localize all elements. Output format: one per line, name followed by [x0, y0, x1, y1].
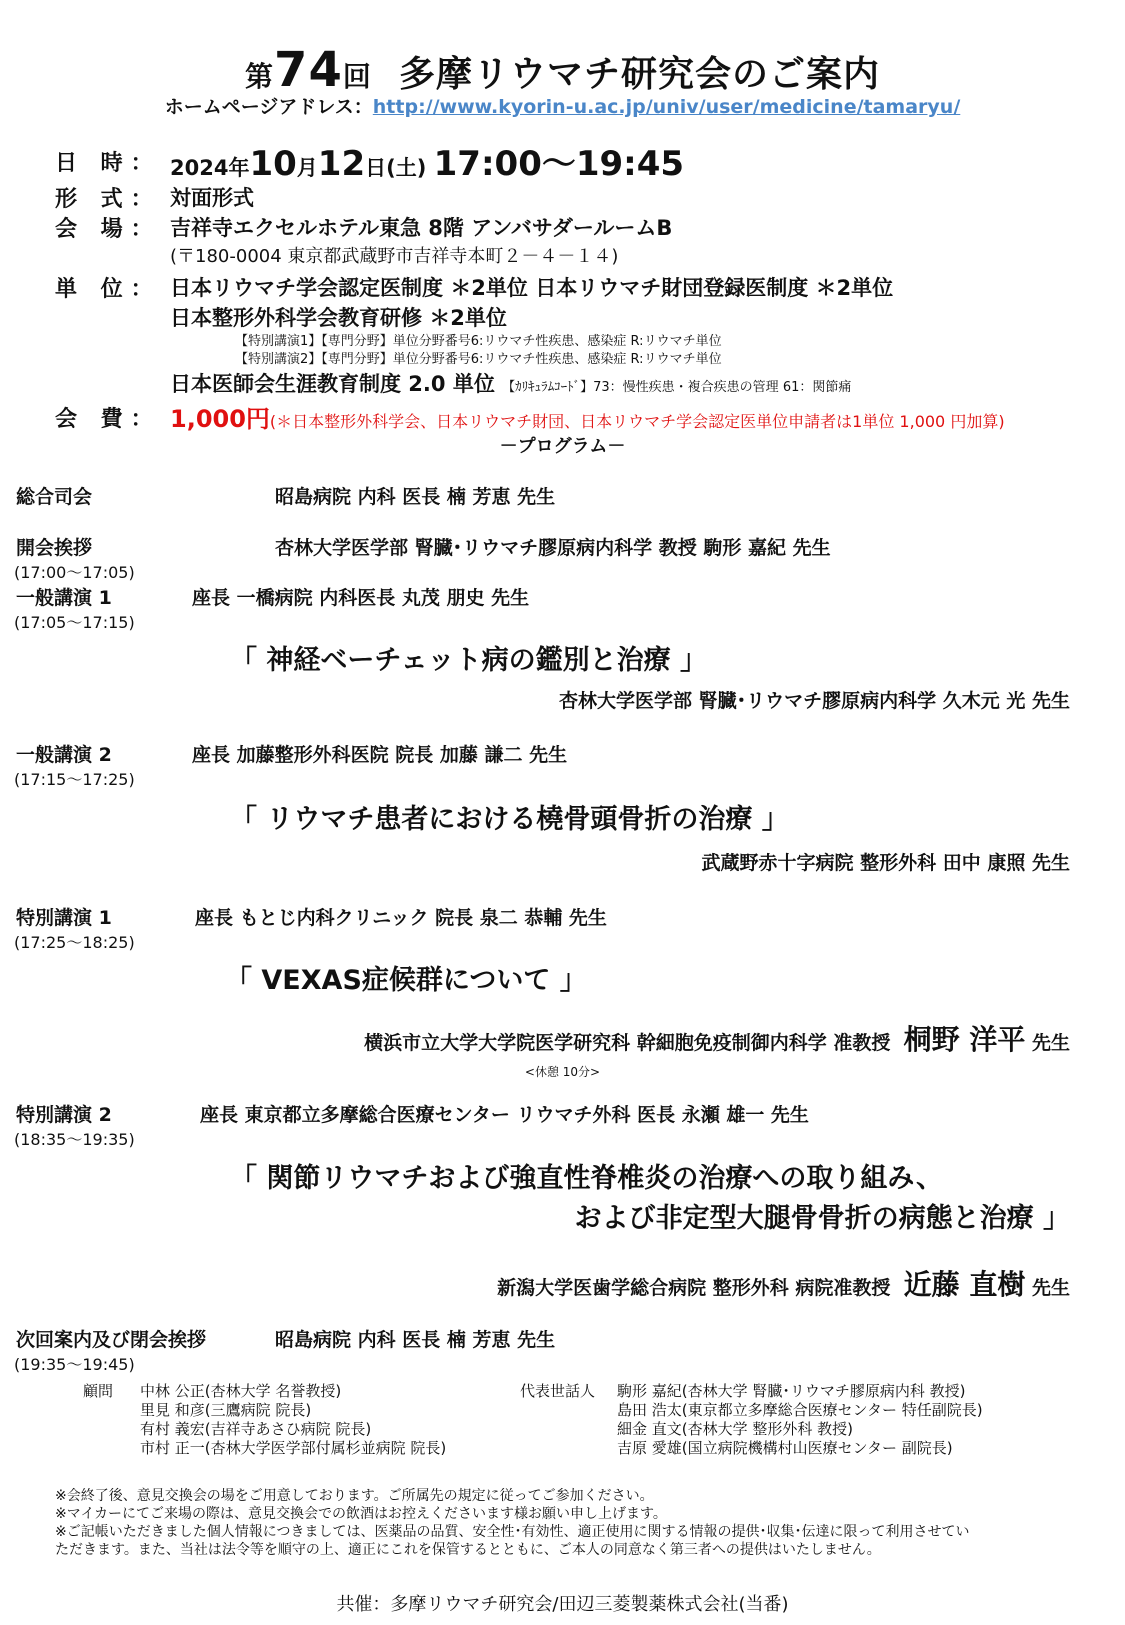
opening-label: 開会挨拶: [16, 533, 92, 560]
representative-item: 駒形 嘉紀(杏林大学 腎臓･リウマチ膠原病内科 教授): [617, 1382, 983, 1401]
date-day: 12: [318, 144, 365, 184]
date-month: 10: [249, 144, 296, 184]
format-label: 形 式：: [55, 182, 161, 213]
advisor-item: 里見 和彦(三鷹病院 院長): [140, 1401, 446, 1420]
fee-amount: 1,000円: [170, 405, 270, 433]
advisor-item: 市村 正一(杏林大学医学部付属杉並病院 院長): [140, 1439, 446, 1458]
break-notice: <休憩 10分>: [0, 1063, 1125, 1080]
fee-value: 1,000円(＊日本整形外科学会、日本リウマチ財団、日本リウマチ学会認定医単位申…: [170, 399, 1005, 434]
special1-honorific: 先生: [1032, 1032, 1070, 1054]
special2-speaker-name: 近藤 直樹: [904, 1268, 1026, 1301]
special1-title: 「 VEXAS症候群について 」: [225, 958, 587, 997]
fee-note: (＊日本整形外科学会、日本リウマチ財団、日本リウマチ学会認定医単位申請者は1単位…: [270, 412, 1005, 431]
special2-title-line-2: および非定型大腿骨骨折の病態と治療 」: [575, 1196, 1070, 1235]
representatives-label: 代表世話人: [520, 1382, 595, 1401]
general2-speaker: 武蔵野赤十字病院 整形外科 田中 康照 先生: [702, 848, 1070, 875]
datetime-value: 2024年10月12日(土) 17:00～19:45: [170, 136, 684, 185]
event-time: 17:00～19:45: [434, 144, 684, 184]
special1-time: (17:25～18:25): [14, 930, 135, 953]
general1-chair: 座長 一橋病院 内科医長 丸茂 朋史 先生: [192, 583, 529, 610]
program-heading: －プログラム－: [0, 432, 1125, 458]
special2-label: 特別講演 2: [16, 1100, 112, 1127]
representatives-list: 駒形 嘉紀(杏林大学 腎臓･リウマチ膠原病内科 教授) 島田 浩太(東京都立多摩…: [617, 1382, 983, 1458]
title-prefix: 第: [245, 60, 274, 93]
units-line-1: 日本リウマチ学会認定医制度 ＊2単位 日本リウマチ財団登録医制度 ＊2単位: [170, 272, 893, 302]
closing-label: 次回案内及び閉会挨拶: [16, 1325, 206, 1352]
special2-time: (18:35～19:35): [14, 1127, 135, 1150]
date-month-unit: 月: [297, 156, 318, 180]
representative-item: 吉原 愛雄(国立病院機構村山医療センター 副院長): [617, 1439, 983, 1458]
homepage-link[interactable]: http://www.kyorin-u.ac.jp/univ/user/medi…: [373, 96, 961, 118]
fee-label: 会 費：: [55, 402, 161, 433]
advisor-item: 中林 公正(杏林大学 名誉教授): [140, 1382, 446, 1401]
opening-person: 杏林大学医学部 腎臓･リウマチ膠原病内科学 教授 駒形 嘉紀 先生: [275, 533, 831, 560]
general1-speaker: 杏林大学医学部 腎臓･リウマチ膠原病内科学 久木元 光 先生: [559, 686, 1070, 713]
general1-title: 「 神経ベーチェット病の鑑別と治療 」: [230, 638, 707, 677]
general1-time: (17:05～17:15): [14, 610, 135, 633]
special1-chair: 座長 もとじ内科クリニック 院長 泉二 恭輔 先生: [195, 903, 607, 930]
special2-honorific: 先生: [1032, 1277, 1070, 1299]
venue-address: (〒180-0004 東京都武蔵野市吉祥寺本町２－４－１４): [170, 242, 618, 268]
special1-label: 特別講演 1: [16, 903, 112, 930]
general1-label: 一般講演 1: [16, 583, 112, 610]
title-suffix: 回: [343, 60, 372, 93]
note-item: ※ご記帳いただきました個人情報につきましては、医薬品の品質、安全性･有効性、適正…: [55, 1523, 969, 1541]
date-year: 2024年: [170, 156, 249, 180]
units-note-2: 【特別講演2】【専門分野】単位分野番号6:リウマチ性疾患、感染症 R:リウマチ単…: [235, 348, 722, 367]
moderator-label: 総合司会: [16, 482, 92, 509]
units-line-3: 日本医師会生涯教育制度 2.0 単位 【ｶﾘｷｭﾗﾑｺｰﾄﾞ】73：慢性疾患・複…: [170, 368, 851, 398]
units-line-2: 日本整形外科学会教育研修 ＊2単位: [170, 302, 507, 332]
note-item: ただきます。また、当社は法令等を順守の上、適正にこれを保管するとともに、ご本人の…: [55, 1541, 969, 1559]
advisors-list: 中林 公正(杏林大学 名誉教授) 里見 和彦(三鷹病院 院長) 有村 義宏(吉祥…: [140, 1382, 446, 1458]
jma-units: 日本医師会生涯教育制度 2.0 単位: [170, 372, 495, 396]
opening-time: (17:00～17:05): [14, 560, 135, 583]
general2-chair: 座長 加藤整形外科医院 院長 加藤 謙二 先生: [192, 740, 567, 767]
representative-item: 細金 直文(杏林大学 整形外科 教授): [617, 1420, 983, 1439]
general2-label: 一般講演 2: [16, 740, 112, 767]
representative-item: 島田 浩太(東京都立多摩総合医療センター 特任副院長): [617, 1401, 983, 1420]
homepage-line: ホームページアドレス：http://www.kyorin-u.ac.jp/uni…: [0, 92, 1125, 119]
date-day-unit: 日(土): [365, 156, 426, 180]
units-label: 単 位：: [55, 272, 161, 303]
special1-affiliation: 横浜市立大学大学院医学研究科 幹細胞免疫制御内科学 准教授: [364, 1032, 890, 1054]
units-note-1: 【特別講演1】【専門分野】単位分野番号6:リウマチ性疾患、感染症 R:リウマチ単…: [235, 330, 722, 349]
notes: ※会終了後、意見交換会の場をご用意しております。ご所属先の規定に従ってご参加くだ…: [55, 1487, 969, 1559]
curriculum-code: 【ｶﾘｷｭﾗﾑｺｰﾄﾞ】73：慢性疾患・複合疾患の管理 61：関節痛: [502, 380, 851, 395]
format-value: 対面形式: [170, 182, 254, 212]
general2-title: 「 リウマチ患者における橈骨頭骨折の治療 」: [230, 797, 789, 836]
cohost: 共催：多摩リウマチ研究会/田辺三菱製薬株式会社(当番): [0, 1590, 1125, 1616]
advisor-item: 有村 義宏(吉祥寺あさひ病院 院長): [140, 1420, 446, 1439]
moderator-person: 昭島病院 内科 医長 楠 芳恵 先生: [275, 482, 555, 509]
page-title: 第74回 多摩リウマチ研究会のご案内: [0, 42, 1125, 98]
homepage-label: ホームページアドレス：: [165, 96, 373, 118]
special1-speaker-name: 桐野 洋平: [904, 1023, 1026, 1056]
closing-time: (19:35～19:45): [14, 1352, 135, 1375]
venue-label: 会 場：: [55, 212, 161, 243]
special2-speaker: 新潟大学医歯学総合病院 整形外科 病院准教授 近藤 直樹 先生: [497, 1263, 1070, 1303]
general2-time: (17:15～17:25): [14, 767, 135, 790]
note-item: ※会終了後、意見交換会の場をご用意しております。ご所属先の規定に従ってご参加くだ…: [55, 1487, 969, 1505]
datetime-label: 日 時：: [55, 146, 161, 177]
special2-affiliation: 新潟大学医歯学総合病院 整形外科 病院准教授: [497, 1277, 890, 1299]
title-number: 74: [274, 42, 343, 98]
special1-speaker: 横浜市立大学大学院医学研究科 幹細胞免疫制御内科学 准教授 桐野 洋平 先生: [364, 1018, 1070, 1058]
special2-title-line-1: 「 関節リウマチおよび強直性脊椎炎の治療への取り組み、: [230, 1156, 943, 1195]
closing-person: 昭島病院 内科 医長 楠 芳恵 先生: [275, 1325, 555, 1352]
title-main: 多摩リウマチ研究会のご案内: [399, 54, 880, 95]
note-item: ※マイカーにてご来場の際は、意見交換会での飲酒はお控えくださいます様お願い申し上…: [55, 1505, 969, 1523]
special2-chair: 座長 東京都立多摩総合医療センター リウマチ外科 医長 永瀬 雄一 先生: [200, 1100, 809, 1127]
venue-value: 吉祥寺エクセルホテル東急 8階 アンバサダールームB: [170, 212, 672, 242]
advisors-label: 顧問: [83, 1382, 113, 1401]
